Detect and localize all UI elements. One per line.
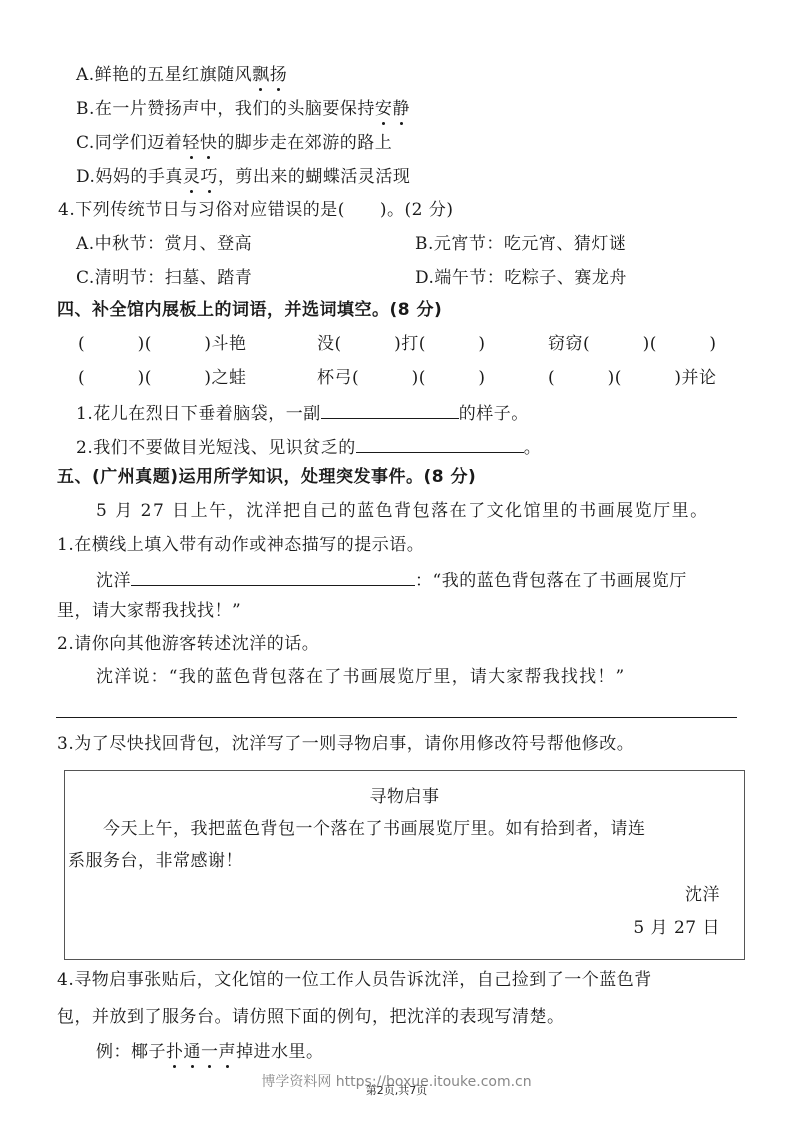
option-c-text: C.同学们迈着 (76, 133, 182, 153)
section-5-intro: 5 月 27 日上午，沈洋把自己的蓝色背包落在了文化馆里的书画展览厅里。 (96, 500, 709, 522)
idiom-4: ( )( )之蛙 (78, 367, 247, 389)
idiom-5: 杯弓( )( ) (317, 367, 486, 389)
emphasis-char: 一 (201, 1041, 219, 1063)
q4-option-c: C.清明节：扫墓、踏青 (76, 268, 252, 288)
s5-q2: 2.请你向其他游客转述沈洋的话。 (57, 633, 319, 655)
s5-q1-line: 沈洋：“我的蓝色背包落在了书画展览厅 (96, 567, 687, 592)
emphasis-char: 快 (200, 132, 218, 154)
q4-stem: 4.下列传统节日与习俗对应错误的是( )。(2 分) (58, 199, 453, 221)
s5-q1-name: 沈洋 (96, 571, 131, 591)
emphasis-char: 飘 (252, 64, 270, 86)
answer-blank[interactable] (321, 400, 459, 419)
option-d-text: D.妈妈的手真 (76, 167, 183, 187)
lost-notice-box: 寻物启事 今天上午，我把蓝色背包一个落在了书画展览厅里。如有拾到者，请连 系服务… (64, 770, 745, 960)
s5-q2-quote: 沈洋说：“我的蓝色背包落在了书画展览厅里，请大家帮我找找！” (96, 666, 625, 688)
q4-options-row1: A.中秋节：赏月、登高 B.元宵节：吃元宵、猜灯谜 (76, 233, 776, 255)
option-b-text: B.在一片赞扬声中，我们的头脑要保持 (76, 99, 375, 119)
emphasis-char: 巧 (200, 166, 218, 188)
idiom-1: ( )( )斗艳 (78, 333, 247, 355)
option-b: B.在一片赞扬声中，我们的头脑要保持安静 (76, 98, 410, 120)
s5-q4-line1: 4.寻物启事张贴后，文化馆的一位工作人员告诉沈洋，自己捡到了一个蓝色背 (57, 969, 652, 991)
fill-q1-suffix: 的样子。 (459, 404, 529, 424)
option-c-suffix: 的脚步走在郊游的路上 (217, 133, 392, 153)
s5-q4-line2: 包，并放到了服务台。请仿照下面的例句，把沈洋的表现写清楚。 (57, 1006, 565, 1028)
option-c: C.同学们迈着轻快的脚步走在郊游的路上 (76, 132, 392, 154)
notice-body-1: 今天上午，我把蓝色背包一个落在了书画展览厅里。如有拾到者，请连 (103, 818, 646, 840)
emphasis-char: 扑 (166, 1041, 184, 1063)
q4-option-d: D.端午节：吃粽子、赛龙舟 (415, 267, 627, 289)
example-prefix: 例：椰子 (96, 1042, 166, 1062)
answer-line[interactable] (56, 717, 737, 718)
option-a: A.鲜艳的五星红旗随风飘扬 (76, 64, 287, 86)
emphasis-char: 扬 (270, 64, 288, 86)
q4-option-b: B.元宵节：吃元宵、猜灯谜 (415, 233, 626, 255)
q4-options-row2: C.清明节：扫墓、踏青 D.端午节：吃粽子、赛龙舟 (76, 267, 776, 289)
notice-date: 5 月 27 日 (633, 917, 720, 939)
s5-q3: 3.为了尽快找回背包，沈洋写了一则寻物启事，请你用修改符号帮他修改。 (57, 733, 634, 755)
emphasis-char: 通 (184, 1041, 202, 1063)
answer-blank[interactable] (131, 567, 415, 586)
fill-q1: 1.花儿在烈日下垂着脑袋，一副的样子。 (76, 400, 529, 425)
emphasis-char: 声 (219, 1041, 237, 1063)
notice-title: 寻物启事 (65, 786, 744, 808)
example-suffix: 掉进水里。 (236, 1042, 324, 1062)
fill-q2-suffix: 。 (524, 438, 542, 458)
s5-q1: 1.在横线上填入带有动作或神态描写的提示语。 (57, 534, 424, 556)
s5-q1-quote: ：“我的蓝色背包落在了书画展览厅 (415, 571, 687, 591)
option-d: D.妈妈的手真灵巧，剪出来的蝴蝶活灵活现 (76, 166, 410, 188)
emphasis-char: 安 (375, 98, 393, 120)
idiom-3: 窃窃( )( ) (548, 333, 717, 355)
fill-q2: 2.我们不要做目光短浅、见识贫乏的。 (76, 434, 541, 459)
fill-q1-text: 1.花儿在烈日下垂着脑袋，一副 (76, 404, 321, 424)
emphasis-char: 静 (392, 98, 410, 120)
section-5-title: 五、(广州真题)运用所学知识，处理突发事件。(8 分) (57, 466, 476, 488)
page-number: 第2页,共7页 (0, 1082, 793, 1098)
answer-blank[interactable] (356, 434, 524, 453)
emphasis-char: 灵 (183, 166, 201, 188)
notice-body-2: 系服务台，非常感谢！ (68, 850, 243, 872)
s5-q1-quote-cont: 里，请大家帮我找找！” (57, 600, 241, 622)
emphasis-char: 轻 (182, 132, 200, 154)
notice-signature: 沈洋 (685, 884, 720, 906)
q4-option-a: A.中秋节：赏月、登高 (76, 234, 252, 254)
example-sentence: 例：椰子扑通一声掉进水里。 (96, 1041, 324, 1063)
fill-q2-text: 2.我们不要做目光短浅、见识贫乏的 (76, 438, 356, 458)
idiom-6: ( )( )并论 (548, 367, 717, 389)
idiom-2: 没( )打( ) (317, 333, 486, 355)
section-4-title: 四、补全馆内展板上的词语，并选词填空。(8 分) (57, 299, 442, 321)
option-a-text: A.鲜艳的五星红旗随风 (76, 65, 252, 85)
option-d-suffix: ，剪出来的蝴蝶活灵活现 (218, 167, 411, 187)
